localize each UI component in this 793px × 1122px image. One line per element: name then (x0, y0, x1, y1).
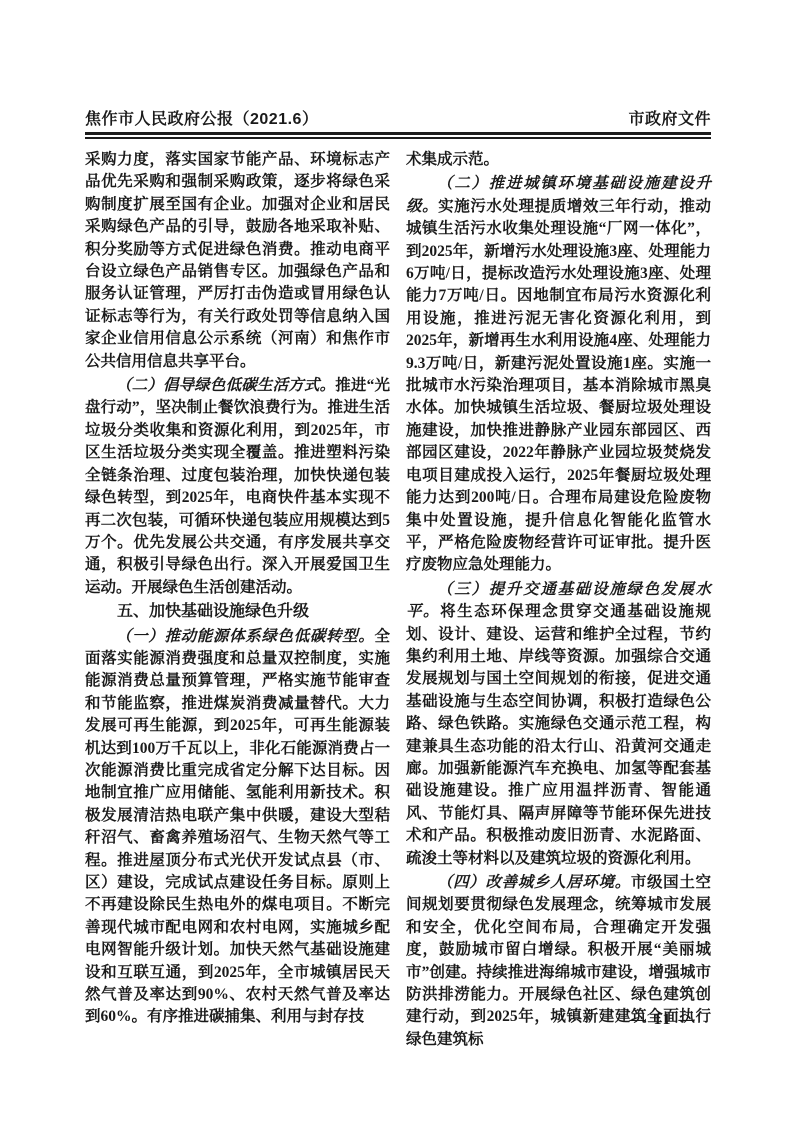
paragraph-lead: （二）倡导绿色低碳生活方式。 (116, 377, 335, 394)
paragraph-text: 实施污水处理提质增效三年行动，推动城镇生活污水收集处理设施“厂网一体化”，到20… (406, 198, 711, 574)
paragraph: （一）推动能源体系绿色低碳转型。全面落实能源消费强度和总量双控制度，实施能源消费… (85, 626, 390, 1029)
header-left-title: 焦作市人民政府公报（2021.6） (85, 106, 318, 129)
paragraph-text: 全面落实能源消费强度和总量双控制度，实施能源消费总量预算管理，严格实施节能审查和… (85, 628, 390, 1026)
page-header: 焦作市人民政府公报（2021.6） 市政府文件 (85, 106, 711, 129)
paragraph: （二）推进城镇环境基础设施建设升级。实施污水处理提质增效三年行动，推动城镇生活污… (406, 173, 711, 576)
header-right-label: 市政府文件 (628, 106, 711, 129)
section-heading: 五、加快基础设施绿色升级 (85, 601, 390, 623)
document-page: 焦作市人民政府公报（2021.6） 市政府文件 采购力度，落实国家节能产品、环境… (0, 0, 793, 1122)
paragraph: （三）提升交通基础设施绿色发展水平。将生态环保理念贯穿交通基础设施规划、设计、建… (406, 579, 711, 870)
paragraph-continuation: 术集成示范。 (406, 149, 711, 171)
paragraph-lead: （一）推动能源体系绿色低碳转型。 (116, 628, 374, 645)
paragraph: （二）倡导绿色低碳生活方式。推进“光盘行动”，坚决制止餐饮浪费行为。推进生活垃圾… (85, 375, 390, 599)
document-body: 采购力度，落实国家节能产品、环境标志产品优先采购和强制采购政策，逐步将绿色采购制… (85, 149, 711, 1051)
paragraph-lead: （四）改善城乡人居环境。 (437, 874, 631, 891)
page-number: — 11 — (608, 1011, 718, 1029)
right-column: 术集成示范。 （二）推进城镇环境基础设施建设升级。实施污水处理提质增效三年行动，… (406, 149, 711, 1051)
paragraph-text: 采购力度，落实国家节能产品、环境标志产品优先采购和强制采购政策，逐步将绿色采购制… (85, 151, 390, 370)
paragraph-text: 术集成示范。 (406, 151, 499, 168)
paragraph-text: 推进“光盘行动”，坚决制止餐饮浪费行为。推进生活垃圾分类收集和资源化利用，到20… (85, 377, 390, 596)
header-rule (85, 132, 711, 139)
left-column: 采购力度，落实国家节能产品、环境标志产品优先采购和强制采购政策，逐步将绿色采购制… (85, 149, 390, 1051)
paragraph-text: 将生态环保理念贯穿交通基础设施规划、设计、建设、运营和维护全过程，节约集约利用土… (406, 603, 711, 866)
paragraph-continuation: 采购力度，落实国家节能产品、环境标志产品优先采购和强制采购政策，逐步将绿色采购制… (85, 149, 390, 373)
